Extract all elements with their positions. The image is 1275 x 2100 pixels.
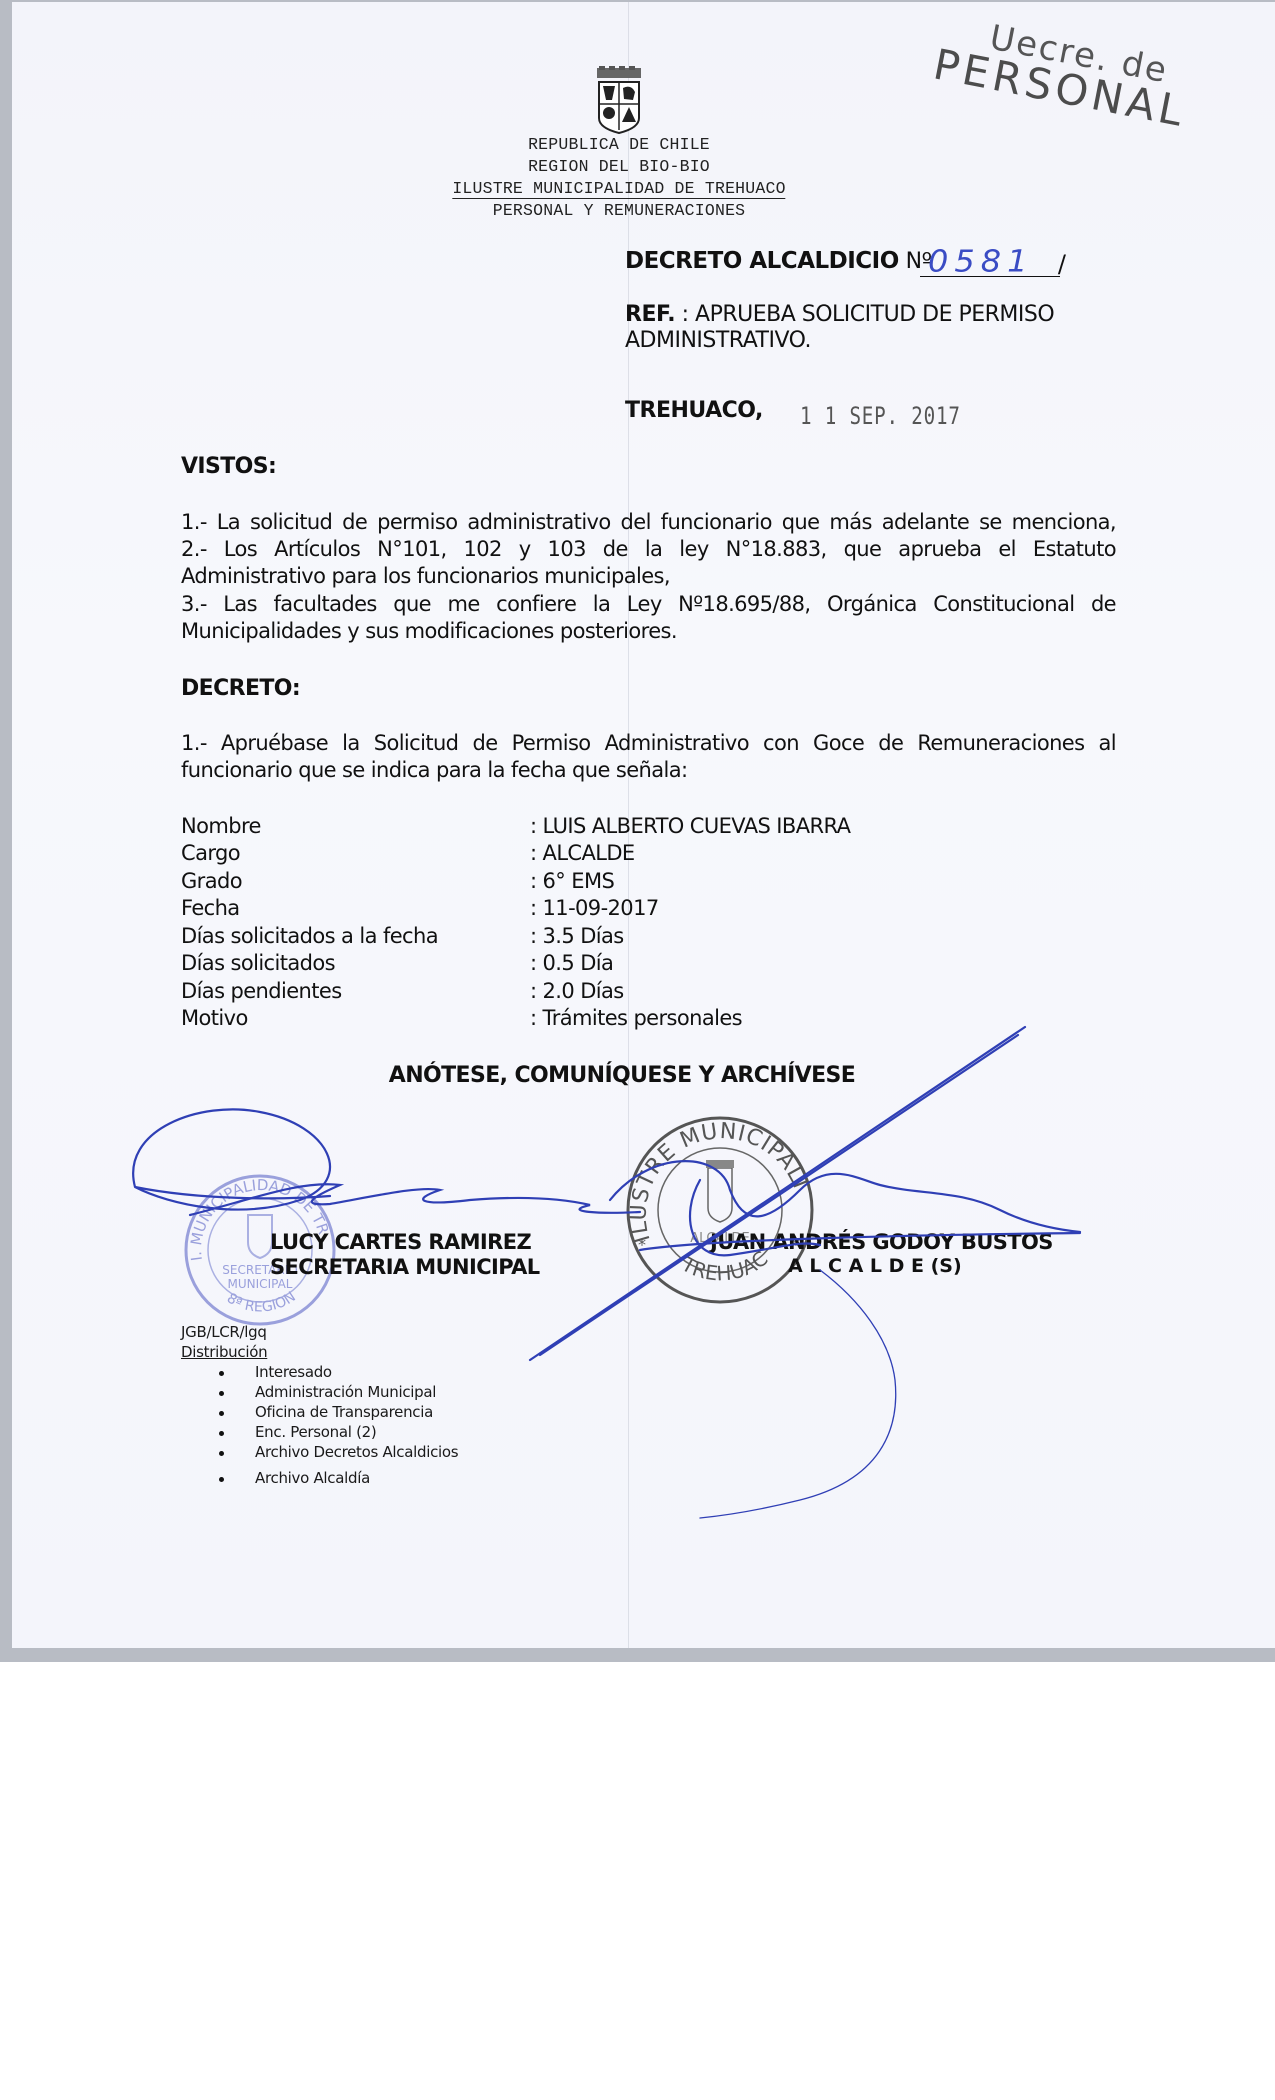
decreto-item-1-line2: funcionario que se indica para la fecha …: [181, 758, 688, 782]
detail-value-fecha: : 11-09-2017: [530, 896, 659, 920]
author-initials: JGB/LCR/lgq: [181, 1323, 267, 1341]
detail-value-grado: : 6° EMS: [530, 869, 614, 893]
vistos-item-3-line1: 3.- Las facultades que me confiere la Le…: [181, 592, 1116, 616]
decree-number-handwritten: 0581: [928, 243, 1033, 279]
detail-label-nombre: Nombre: [181, 814, 261, 838]
ref-row: REF. : APRUEBA SOLICITUD DE PERMISO: [625, 302, 1054, 327]
letterhead-region: REGION DEL BIO-BIO: [528, 157, 710, 176]
letterhead-country: REPUBLICA DE CHILE: [528, 135, 710, 154]
secretary-stamp-mid2: MUNICIPAL: [228, 1277, 293, 1291]
decree-title-row: DECRETO ALCALDICIO Nº: [625, 248, 931, 274]
place-label: TREHUACO,: [625, 398, 763, 423]
detail-value-dias-solicitados: : 0.5 Día: [530, 951, 613, 975]
distribution-item: Oficina de Transparencia: [255, 1403, 433, 1421]
letterhead-municipality: ILUSTRE MUNICIPALIDAD DE TREHUACO: [452, 179, 785, 199]
ref-text-2: ADMINISTRATIVO.: [625, 328, 811, 353]
detail-value-dias-pendientes: : 2.0 Días: [530, 979, 624, 1003]
detail-label-dias-pendientes: Días pendientes: [181, 979, 342, 1003]
mayor-stamp: ILUSTRE MUNICIPALIDAD ALCALDE TREHUACO *…: [620, 1110, 820, 1310]
detail-label-motivo: Motivo: [181, 1006, 248, 1030]
detail-label-dias-a-la-fecha: Días solicitados a la fecha: [181, 924, 438, 948]
decreto-item-1-line1: 1.- Apruébase la Solicitud de Permiso Ad…: [181, 731, 1116, 755]
decreto-heading: DECRETO:: [181, 676, 300, 701]
svg-text:*: *: [638, 1235, 646, 1254]
decree-title: DECRETO ALCALDICIO: [625, 248, 899, 274]
detail-value-nombre: : LUIS ALBERTO CUEVAS IBARRA: [530, 814, 850, 838]
mayor-name: JUAN ANDRÉS GODOY BUSTOS: [710, 1230, 1053, 1254]
distribution-item: Enc. Personal (2): [255, 1423, 376, 1441]
vistos-item-2-line1: 2.- Los Artículos N°101, 102 y 103 de la…: [181, 537, 1116, 561]
secretary-stamp-bottom-text: 8ª REGION: [224, 1289, 299, 1316]
decree-number-slash: /: [1058, 250, 1066, 278]
distribution-item: Archivo Decretos Alcaldicios: [255, 1443, 458, 1461]
bullet-icon: [219, 1371, 224, 1376]
vistos-heading: VISTOS:: [181, 454, 276, 479]
coat-of-arms-icon: [593, 66, 645, 134]
distribution-heading: Distribución: [181, 1343, 267, 1361]
mayor-title: A L C A L D E (S): [788, 1255, 962, 1277]
detail-label-fecha: Fecha: [181, 896, 240, 920]
closing-formula: ANÓTESE, COMUNÍQUESE Y ARCHÍVESE: [389, 1063, 855, 1088]
decree-number-field: 0581 /: [920, 244, 1060, 277]
vistos-item-3-line2: Municipalidades y sus modificaciones pos…: [181, 619, 677, 643]
secretary-name: LUCY CARTES RAMIREZ: [270, 1230, 531, 1254]
bullet-icon: [219, 1431, 224, 1436]
distribution-item: Administración Municipal: [255, 1383, 436, 1401]
secretary-title: SECRETARIA MUNICIPAL: [270, 1255, 540, 1279]
detail-label-dias-solicitados: Días solicitados: [181, 951, 335, 975]
svg-text:8ª REGION: 8ª REGION: [224, 1289, 299, 1316]
detail-value-motivo: : Trámites personales: [530, 1006, 742, 1030]
bullet-icon: [219, 1411, 224, 1416]
vistos-item-2-line2: Administrativo para los funcionarios mun…: [181, 564, 670, 588]
distribution-item: Interesado: [255, 1363, 332, 1381]
detail-label-grado: Grado: [181, 869, 242, 893]
ref-label: REF.: [625, 302, 675, 327]
letterhead-department: PERSONAL Y REMUNERACIONES: [493, 201, 746, 220]
bullet-icon: [219, 1477, 224, 1482]
detail-value-cargo: : ALCALDE: [530, 841, 635, 865]
distribution-item: Archivo Alcaldía: [255, 1469, 370, 1487]
bullet-icon: [219, 1451, 224, 1456]
ref-text-1: : APRUEBA SOLICITUD DE PERMISO: [682, 302, 1055, 327]
detail-label-cargo: Cargo: [181, 841, 240, 865]
detail-value-dias-a-la-fecha: : 3.5 Días: [530, 924, 624, 948]
bullet-icon: [219, 1391, 224, 1396]
vistos-item-1: 1.- La solicitud de permiso administrati…: [181, 510, 1116, 534]
date-stamp: 1 1 SEP. 2017: [800, 402, 961, 430]
